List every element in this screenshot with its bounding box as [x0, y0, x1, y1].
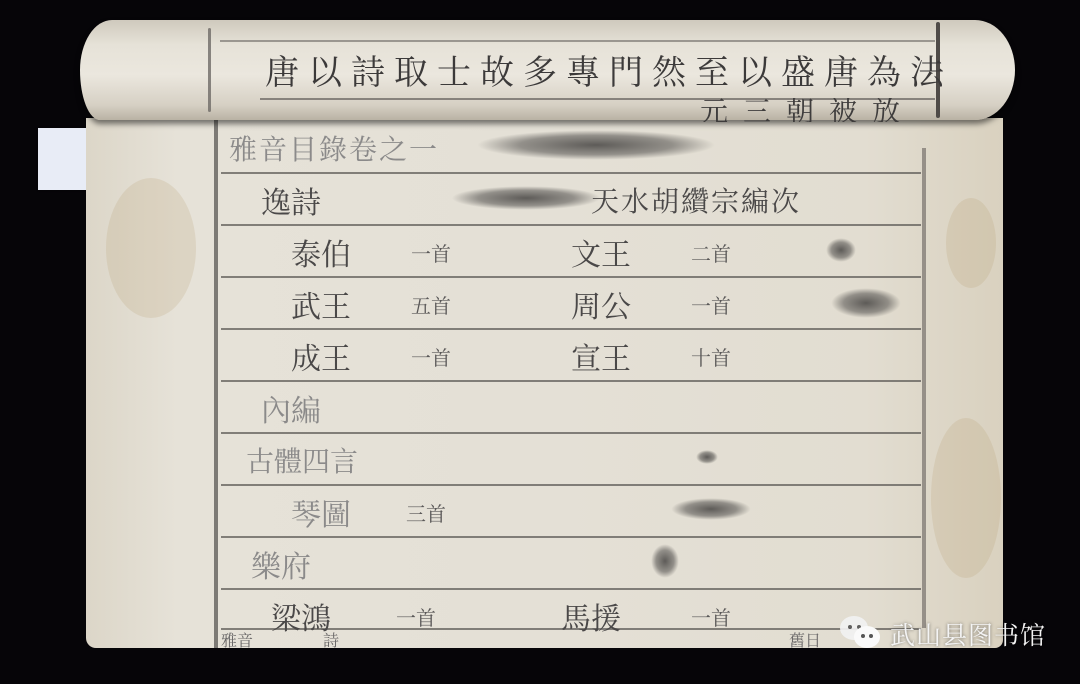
next-page-edge: 雅音 詩 舊日 — [221, 628, 921, 648]
scroll-character: 專 — [566, 45, 601, 94]
table-row: 樂府 — [221, 536, 921, 590]
scroll-character: 唐 — [824, 45, 859, 94]
text-fragment: 雅音 — [221, 628, 253, 648]
watermark-text: 武山县图书馆 — [890, 616, 1046, 652]
scroll-character: 法 — [910, 45, 945, 94]
table-row: 雅音目錄卷之一 — [221, 120, 921, 174]
scroll-character: 被 — [829, 98, 857, 122]
page-border-right — [922, 148, 926, 628]
entry-count: 十首 — [691, 336, 731, 376]
table-row: 武王 五首 周公 一首 — [221, 276, 921, 330]
scroll-character: 三 — [743, 98, 771, 122]
entry-count: 二首 — [691, 232, 731, 272]
table-row: 內編 — [221, 380, 921, 434]
table-row: 梁鴻 一首 馬援 一首 — [221, 588, 921, 630]
book-photo: 雅音目錄卷之一 逸詩 天水胡纘宗編次 泰伯 一首 文王 二首 武王 五首 周 — [0, 0, 1080, 684]
text-fragment: 舊日 — [789, 628, 821, 648]
book-page: 雅音目錄卷之一 逸詩 天水胡纘宗編次 泰伯 一首 文王 二首 武王 五首 周 — [86, 118, 1003, 648]
scroll-character: 唐 — [265, 45, 300, 94]
compiler-credit: 天水胡纘宗編次 — [591, 180, 801, 220]
volume-title: 雅音目錄卷之一 — [229, 128, 439, 168]
scroll-character: 多 — [523, 45, 558, 94]
entry-author: 文王 — [571, 232, 631, 272]
entry-author: 泰伯 — [291, 232, 351, 272]
scroll-character: 至 — [695, 45, 730, 94]
scroll-character: 然 — [652, 45, 687, 94]
scroll-text-line: 元三朝被放 — [700, 98, 900, 122]
entry-count: 五首 — [411, 284, 451, 324]
table-row: 琴圖 三首 — [221, 484, 921, 538]
entry-count: 一首 — [411, 336, 451, 376]
ink-smudge — [696, 450, 718, 464]
page-border-left — [214, 118, 218, 648]
entry-count: 一首 — [691, 284, 731, 324]
table-row: 古體四言 — [221, 432, 921, 486]
paper-stain — [931, 418, 1001, 578]
scroll-rule — [220, 40, 935, 42]
scroll-character: 士 — [437, 45, 472, 94]
ink-smudge — [831, 288, 901, 318]
table-row: 泰伯 一首 文王 二首 — [221, 224, 921, 278]
contents-table: 雅音目錄卷之一 逸詩 天水胡纘宗編次 泰伯 一首 文王 二首 武王 五首 周 — [221, 118, 921, 648]
scroll-character: 故 — [480, 45, 515, 94]
section-title: 樂府 — [251, 544, 311, 584]
scroll-border-left — [208, 28, 211, 112]
entry-count: 三首 — [406, 492, 446, 532]
entry-author: 宣王 — [571, 336, 631, 376]
rolled-scroll: 唐以詩取士故多專門然至以盛唐為法 元三朝被放 — [80, 20, 1015, 120]
ink-smudge — [476, 130, 716, 160]
ink-smudge — [826, 238, 856, 262]
section-title: 古體四言 — [246, 440, 358, 480]
paper-stain — [946, 198, 996, 288]
entry-author: 琴圖 — [291, 492, 351, 532]
scroll-character: 以 — [308, 45, 343, 94]
entry-author: 成王 — [291, 336, 351, 376]
scroll-character: 詩 — [351, 45, 386, 94]
entry-count: 一首 — [411, 232, 451, 272]
wechat-icon — [838, 614, 884, 654]
ink-smudge — [451, 186, 601, 210]
ink-smudge — [651, 544, 679, 578]
scroll-character: 為 — [867, 45, 902, 94]
scroll-character: 門 — [609, 45, 644, 94]
scroll-text-line: 唐以詩取士故多專門然至以盛唐為法 — [265, 44, 945, 94]
section-title: 內編 — [261, 388, 321, 428]
section-title: 逸詩 — [261, 180, 321, 220]
entry-author: 武王 — [291, 284, 351, 324]
table-row: 逸詩 天水胡纘宗編次 — [221, 172, 921, 226]
table-row: 成王 一首 宣王 十首 — [221, 328, 921, 382]
scroll-character: 元 — [700, 98, 728, 122]
scroll-character: 放 — [872, 98, 900, 122]
ink-smudge — [671, 498, 751, 520]
scroll-character: 取 — [394, 45, 429, 94]
scroll-character: 朝 — [786, 98, 814, 122]
scroll-character: 以 — [738, 45, 773, 94]
paper-bookmark-tab — [38, 128, 93, 190]
text-fragment: 詩 — [323, 628, 339, 648]
watermark: 武山县图书馆 — [838, 614, 1046, 654]
scroll-character: 盛 — [781, 45, 816, 94]
paper-stain — [106, 178, 196, 318]
entry-author: 周公 — [571, 284, 631, 324]
